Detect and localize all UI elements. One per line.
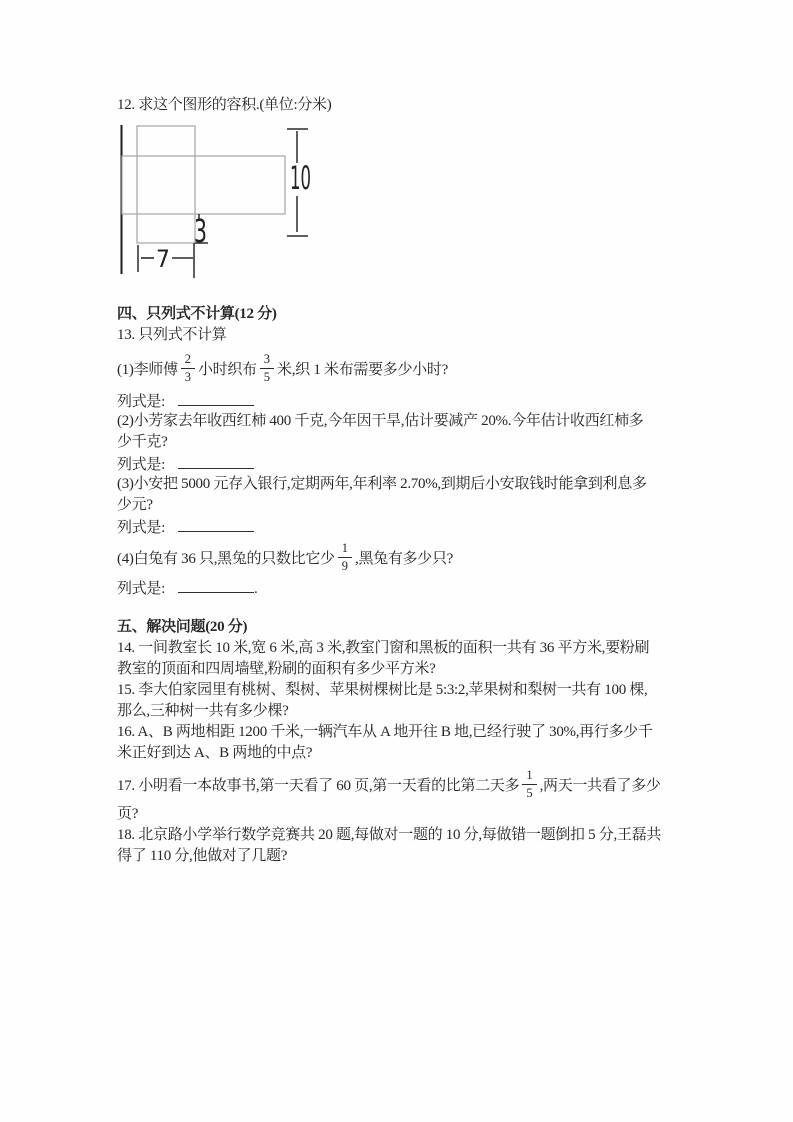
diagram-wide-rect	[122, 156, 285, 214]
q13-part-3-line-1: (3)小安把 5000 元存入银行,定期两年,年利率 2.70%,到期后小安取钱…	[117, 474, 733, 495]
section-4-heading: 四、只列式不计算(12 分)	[117, 304, 733, 325]
lieshi-label: 列式是:	[117, 457, 165, 473]
volume-diagram: 3 7 10	[120, 123, 330, 278]
answer-line-2: 列式是:	[117, 453, 733, 474]
fraction-3-5: 35	[260, 353, 274, 383]
lieshi-label: 列式是:	[117, 581, 165, 597]
fraction-numerator: 1	[522, 769, 536, 785]
q13-part-4-post: ,黑兔有多少只?	[355, 547, 453, 568]
q13-part-1-mid: 小时织布	[198, 358, 257, 379]
question-12-text: 12. 求这个图形的容积.(单位:分米)	[117, 95, 733, 116]
question-16-line-2: 米正好到达 A、B 两地的中点?	[117, 743, 733, 764]
answer-blank	[178, 453, 254, 469]
question-15-line-1: 15. 李大伯家园里有桃树、梨树、苹果树棵树比是 5:3:2,苹果树和梨树一共有…	[117, 680, 733, 701]
q13-part-2-line-2: 少千克?	[117, 432, 733, 453]
question-17-line-1: 17. 小明看一本故事书,第一天看了 60 页,第一天看的比第二天多15,两天一…	[117, 764, 733, 804]
q13-part-1: (1)李师傅23小时织布35米,织 1 米布需要多少小时?	[117, 346, 733, 390]
q13-part-4: (4)白兔有 36 只,黑兔的只数比它少19,黑兔有多少只?	[117, 537, 733, 577]
q17-pre: 17. 小明看一本故事书,第一天看了 60 页,第一天看的比第二天多	[117, 774, 519, 795]
question-18-line-2: 得了 110 分,他做对了几题?	[117, 846, 733, 867]
answer-line-1: 列式是:	[117, 390, 733, 411]
document-page: 12. 求这个图形的容积.(单位:分米) 3 7 10	[0, 0, 793, 1122]
fraction-denominator: 9	[342, 558, 348, 573]
answer-line-4: 列式是:.	[117, 577, 733, 598]
question-13-intro: 13. 只列式不计算	[117, 325, 733, 346]
q13-part-3-line-2: 少元?	[117, 495, 733, 516]
fraction-2-3: 23	[181, 353, 195, 383]
question-14-line-1: 14. 一间教室长 10 米,宽 6 米,高 3 米,教室门窗和黑板的面积一共有…	[117, 638, 733, 659]
fraction-denominator: 5	[526, 785, 532, 800]
fraction-numerator: 2	[181, 353, 195, 369]
question-17-line-2: 页?	[117, 804, 733, 825]
q17-post: ,两天一共看了多少	[540, 774, 661, 795]
answer-line-3: 列式是:	[117, 516, 733, 537]
q13-part-1-post: 米,织 1 米布需要多少小时?	[277, 358, 448, 379]
q13-part-2-line-1: (2)小芳家去年收西红柿 400 千克,今年因干旱,估计要减产 20%.今年估计…	[117, 411, 733, 432]
depth-label: 3	[194, 212, 207, 250]
q13-part-4-pre: (4)白兔有 36 只,黑兔的只数比它少	[117, 547, 335, 568]
answer-period: .	[254, 581, 257, 597]
question-14-line-2: 教室的顶面和四周墙壁,粉刷的面积有多少平方米?	[117, 659, 733, 680]
fraction-denominator: 5	[264, 369, 270, 384]
diagram-tall-rect	[137, 126, 195, 243]
fraction-numerator: 1	[338, 542, 352, 558]
answer-blank	[178, 577, 254, 593]
section-5-heading: 五、解决问题(20 分)	[117, 617, 733, 638]
lieshi-label: 列式是:	[117, 520, 165, 536]
answer-blank	[178, 516, 254, 532]
volume-diagram-svg: 3 7 10	[120, 123, 330, 278]
question-16-line-1: 16. A、B 两地相距 1200 千米,一辆汽车从 A 地开往 B 地,已经行…	[117, 722, 733, 743]
question-15-line-2: 那么,三种树一共有多少棵?	[117, 701, 733, 722]
answer-blank	[178, 390, 254, 406]
height-label: 10	[290, 159, 311, 197]
question-18-line-1: 18. 北京路小学举行数学竞赛共 20 题,每做对一题的 10 分,每做错一题倒…	[117, 825, 733, 846]
width-label: 7	[156, 245, 170, 273]
fraction-1-5: 15	[522, 769, 536, 799]
q13-part-1-pre: (1)李师傅	[117, 358, 178, 379]
fraction-denominator: 3	[185, 369, 191, 384]
lieshi-label: 列式是:	[117, 394, 165, 410]
fraction-1-9: 19	[338, 542, 352, 572]
fraction-numerator: 3	[260, 353, 274, 369]
